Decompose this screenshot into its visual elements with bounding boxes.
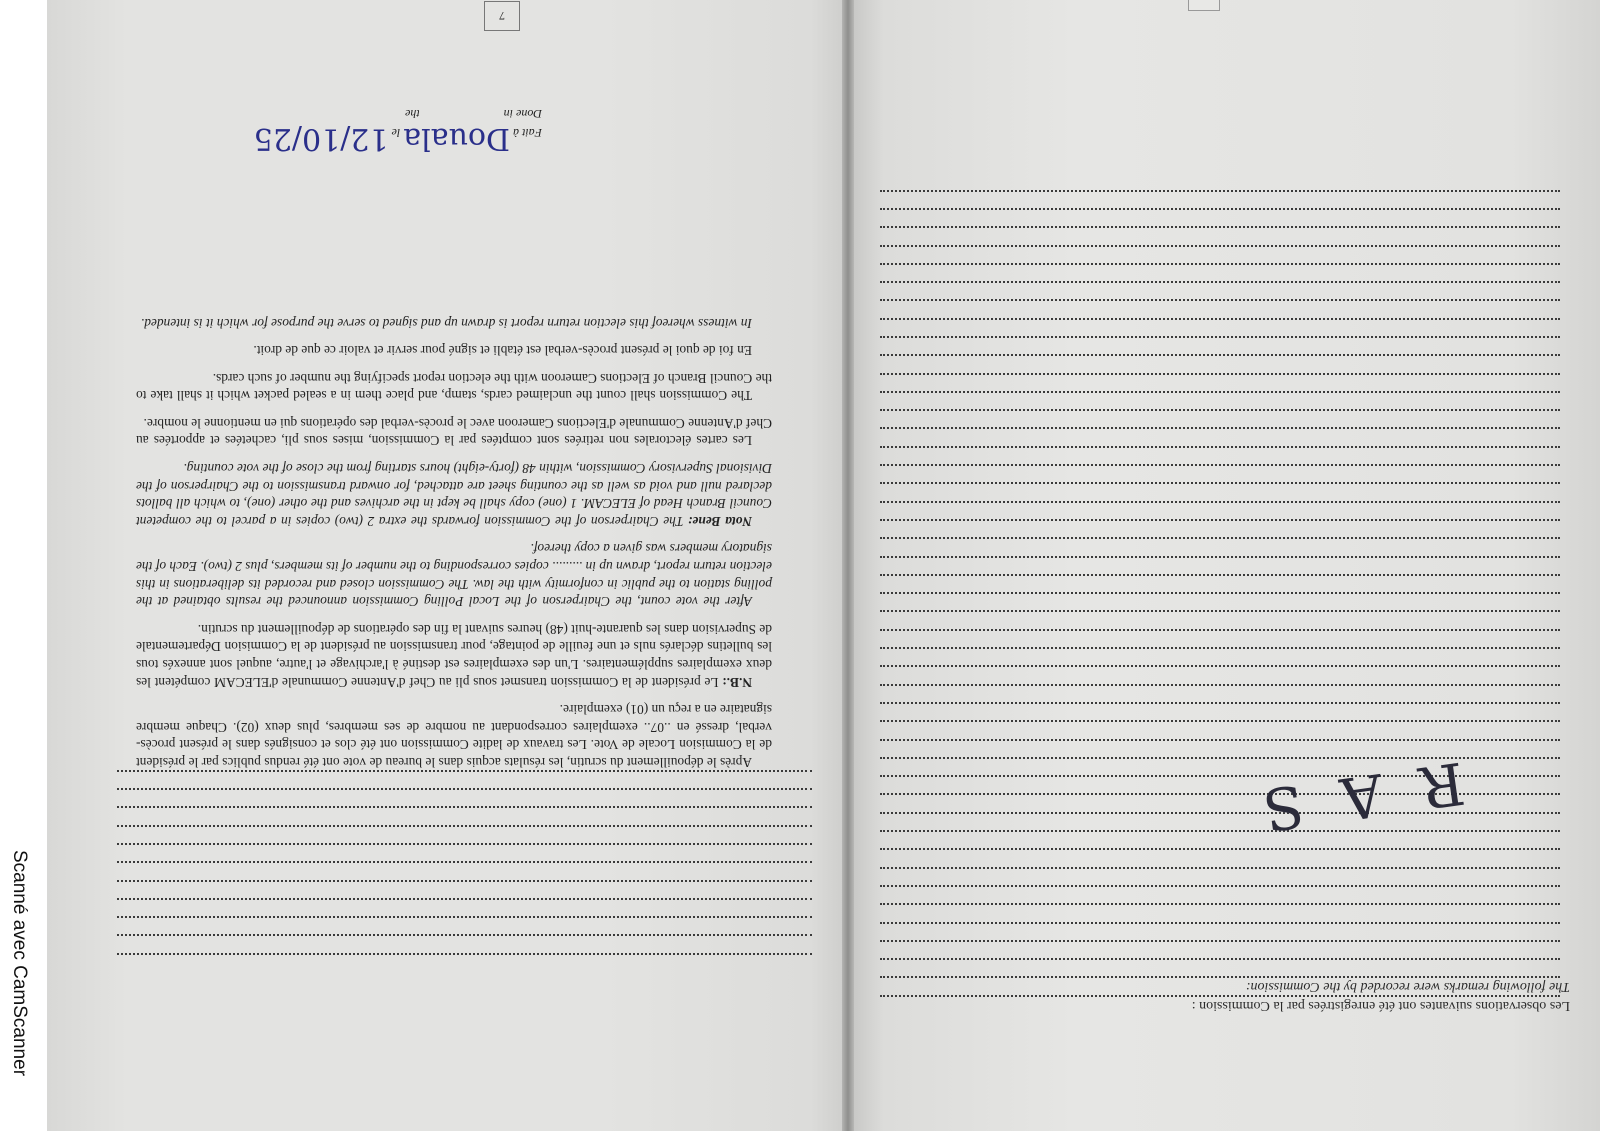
camscanner-watermark: Scanné avec CamScanner: [8, 850, 48, 1110]
le-label: le: [392, 126, 401, 140]
signature-block: Fait à Douala le 12/10/25 Done in the: [122, 106, 542, 156]
done-in-label: Done in: [504, 107, 542, 121]
dotted-line: [117, 880, 812, 898]
dotted-line: [880, 245, 1560, 263]
dotted-line: [117, 916, 812, 934]
dotted-line: [880, 318, 1560, 336]
dotted-line: [117, 806, 812, 824]
the-label: the: [405, 107, 420, 121]
paragraph-en-witness: In witness whereof this election return …: [136, 314, 772, 332]
dotted-line: [880, 226, 1560, 244]
dotted-line: [880, 629, 1560, 647]
dotted-line: [880, 592, 1560, 610]
dotted-line: [880, 720, 1560, 738]
nota-bene-label: Nota Bene:: [688, 514, 752, 529]
paragraph-en-nota-bene: Nota Bene: The Chairperson of the Commis…: [136, 460, 772, 530]
dotted-line: [880, 428, 1560, 446]
dotted-line: [880, 647, 1560, 665]
page-number: 7: [484, 1, 520, 31]
scanned-document: Les observations suivantes ont été enreg…: [47, 0, 1600, 1131]
dotted-line: [880, 299, 1560, 317]
dotted-line: [880, 281, 1560, 299]
dotted-line: [880, 940, 1560, 958]
dotted-line: [880, 537, 1560, 555]
nb-text: Le président de la Commission transmet s…: [136, 622, 772, 690]
nota-bene-text: The Chairperson of the Commission forwar…: [136, 461, 772, 529]
handwritten-date: 12/10/25: [254, 121, 389, 156]
dotted-line: [880, 391, 1560, 409]
dotted-line: [880, 190, 1560, 208]
dotted-line: [880, 446, 1560, 464]
dotted-line: [880, 336, 1560, 354]
dotted-line: [880, 976, 1560, 994]
dotted-line: [880, 684, 1560, 702]
dotted-line: [117, 788, 812, 806]
paragraph-fr-cards: Les cartes électorales non retirées sont…: [136, 414, 772, 449]
dotted-line: [117, 953, 812, 971]
dotted-line: [880, 885, 1560, 903]
dotted-line: [880, 574, 1560, 592]
observations-page: Les observations suivantes ont été enreg…: [854, 0, 1600, 1131]
book-gutter: [842, 0, 854, 1131]
paragraph-en-cards: The Commission shall count the unclaimed…: [136, 369, 772, 404]
nb-label: N.B.:: [722, 675, 752, 690]
dotted-line: [880, 501, 1560, 519]
dotted-line: [117, 934, 812, 952]
dotted-line: [117, 770, 812, 788]
page-tab: [1188, 0, 1220, 11]
dotted-line: [880, 958, 1560, 976]
dotted-line: [117, 843, 812, 861]
dotted-line: [880, 848, 1560, 866]
dotted-line: [880, 830, 1560, 848]
watermark-text: Scanné avec CamScanner: [8, 850, 30, 1076]
dotted-line: [880, 903, 1560, 921]
paragraph-en-results: After the vote count, the Chairperson of…: [136, 540, 772, 610]
dotted-line: [880, 665, 1560, 683]
blank-lines: [117, 770, 812, 971]
dotted-line: [880, 354, 1560, 372]
handwritten-place: Douala: [403, 121, 510, 156]
observation-blank-lines: [880, 190, 1560, 1013]
closing-page: Après le dépouillement du scrutin, les r…: [47, 0, 842, 1131]
paragraph-fr-nb: N.B.: Le président de la Commission tran…: [136, 620, 772, 690]
dotted-line: [880, 867, 1560, 885]
dotted-line: [117, 861, 812, 879]
closing-text: Après le dépouillement du scrutin, les r…: [136, 304, 772, 771]
dotted-line: [880, 409, 1560, 427]
dotted-line: [117, 898, 812, 916]
fait-a-label: Fait à: [513, 126, 542, 140]
document-spread: Les observations suivantes ont été enreg…: [47, 0, 1600, 1131]
paragraph-fr-witness: En foi de quoi le présent procès-verbal …: [136, 342, 772, 360]
dotted-line: [880, 995, 1560, 1013]
dotted-line: [880, 519, 1560, 537]
paragraph-fr-results: Après le dépouillement du scrutin, les r…: [136, 701, 772, 771]
dotted-line: [880, 702, 1560, 720]
dotted-line: [880, 263, 1560, 281]
dotted-line: [880, 373, 1560, 391]
dotted-line: [880, 464, 1560, 482]
dotted-line: [117, 825, 812, 843]
dotted-line: [880, 208, 1560, 226]
dotted-line: [880, 482, 1560, 500]
dotted-line: [880, 922, 1560, 940]
dotted-line: [880, 610, 1560, 628]
dotted-line: [880, 556, 1560, 574]
